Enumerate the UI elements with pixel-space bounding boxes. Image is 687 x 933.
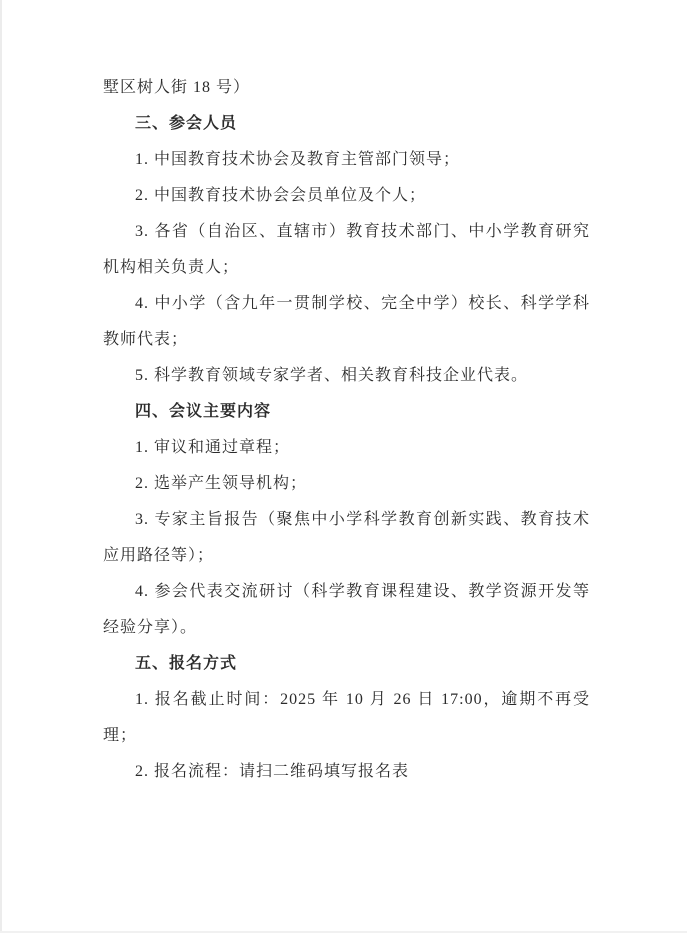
list-item: 2. 报名流程：请扫二维码填写报名表 [103,754,590,790]
list-item: 2. 选举产生领导机构； [103,466,590,502]
list-item: 1. 报名截止时间：2025 年 10 月 26 日 17:00，逾期不再受理； [103,682,590,754]
list-item: 1. 中国教育技术协会及教育主管部门领导； [103,142,590,178]
list-item: 5. 科学教育领域专家学者、相关教育科技企业代表。 [103,358,590,394]
list-item: 3. 专家主旨报告（聚焦中小学科学教育创新实践、教育技术应用路径等）； [103,502,590,574]
section-heading-agenda: 四、会议主要内容 [103,394,590,430]
document-body: 墅区树人街 18 号） 三、参会人员 1. 中国教育技术协会及教育主管部门领导；… [0,70,687,790]
list-item: 4. 中小学（含九年一贯制学校、完全中学）校长、科学学科教师代表； [103,286,590,358]
section-heading-participants: 三、参会人员 [103,106,590,142]
list-item: 1. 审议和通过章程； [103,430,590,466]
section-heading-registration: 五、报名方式 [103,646,590,682]
address-continuation-line: 墅区树人街 18 号） [103,70,590,106]
list-item: 2. 中国教育技术协会会员单位及个人； [103,178,590,214]
list-item: 4. 参会代表交流研讨（科学教育课程建设、教学资源开发等经验分享）。 [103,574,590,646]
document-page: 墅区树人街 18 号） 三、参会人员 1. 中国教育技术协会及教育主管部门领导；… [0,0,687,933]
list-item: 3. 各省（自治区、直辖市）教育技术部门、中小学教育研究机构相关负责人； [103,214,590,286]
